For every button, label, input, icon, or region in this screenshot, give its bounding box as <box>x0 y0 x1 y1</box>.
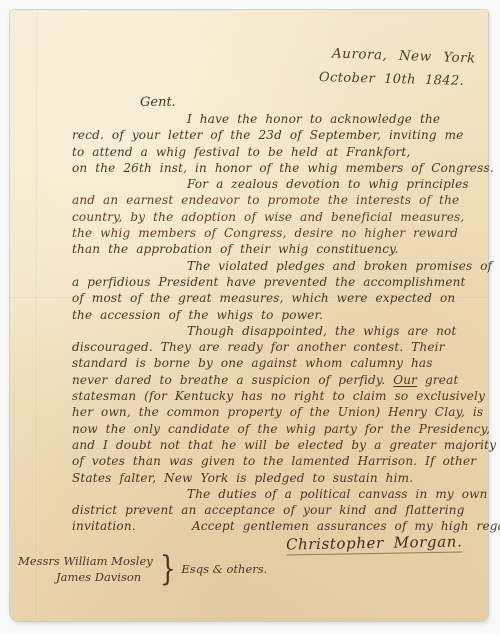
letter-body: I have the honor to acknowledge the recd… <box>72 111 482 535</box>
body-line: discouraged. They are ready for another … <box>72 339 482 355</box>
body-line: on the 26th inst, in honor of the whig m… <box>72 160 482 176</box>
body-line: country, by the adoption of wise and ben… <box>72 209 482 225</box>
brace-glyph: } <box>159 552 175 586</box>
body-line: statesman (for Kentucky has no right to … <box>72 388 482 404</box>
addressee-1: Messrs William Mosley <box>18 553 153 569</box>
salutation: Gent. <box>140 95 176 110</box>
body-line: the accession of the whigs to power. <box>72 307 482 323</box>
underlined-word: Our <box>393 373 417 387</box>
body-line: recd. of your letter of the 23d of Septe… <box>72 127 482 143</box>
dateline-date: October 10th 1842. <box>319 70 464 89</box>
body-line: to attend a whig festival to be held at … <box>72 144 482 160</box>
body-line: of most of the great measures, which wer… <box>72 290 482 306</box>
body-line: and an earnest endeavor to promote the i… <box>72 192 482 208</box>
addressee-suffix: Esqs & others. <box>181 562 267 576</box>
body-line: I have the honor to acknowledge the <box>72 111 482 127</box>
body-line: The violated pledges and broken promises… <box>72 258 482 274</box>
body-line: a perfidious President have prevented th… <box>72 274 482 290</box>
fold-crease-vertical <box>36 10 38 621</box>
body-line: her own, the common property of the Unio… <box>72 404 482 420</box>
closing-left: invitation. <box>72 519 136 533</box>
body-line-perfidy: never dared to breathe a suspicion of pe… <box>72 372 482 388</box>
body-line: of votes than was given to the lamented … <box>72 453 482 469</box>
perfidy-text-end: great <box>425 373 459 387</box>
body-line: and I doubt not that he will be elected … <box>72 437 482 453</box>
dateline-place: Aurora, New York <box>332 45 476 66</box>
signature: Christopher Morgan. <box>285 532 462 555</box>
body-line: For a zealous devotion to whig principle… <box>72 176 482 192</box>
body-line: than the approbation of their whig const… <box>72 241 482 257</box>
body-line: The duties of a political canvass in my … <box>72 486 482 502</box>
addressee-names: Messrs William Mosley James Davison <box>18 553 153 585</box>
addressee-2: James Davison <box>56 569 153 585</box>
body-line: the whig members of Congress, desire no … <box>72 225 482 241</box>
body-line: Though disappointed, the whigs are not <box>72 323 482 339</box>
body-line: district prevent an acceptance of your k… <box>72 502 482 518</box>
body-line: standard is borne by one against whom ca… <box>72 355 482 371</box>
addressees: Messrs William Mosley James Davison } Es… <box>18 552 267 586</box>
body-line: States falter, New York is pledged to su… <box>72 470 482 486</box>
letter-paper: Aurora, New York October 10th 1842. Gent… <box>10 10 488 621</box>
body-line: now the only candidate of the whig party… <box>72 421 482 437</box>
perfidy-text: never dared to breathe a suspicion of pe… <box>72 373 385 387</box>
